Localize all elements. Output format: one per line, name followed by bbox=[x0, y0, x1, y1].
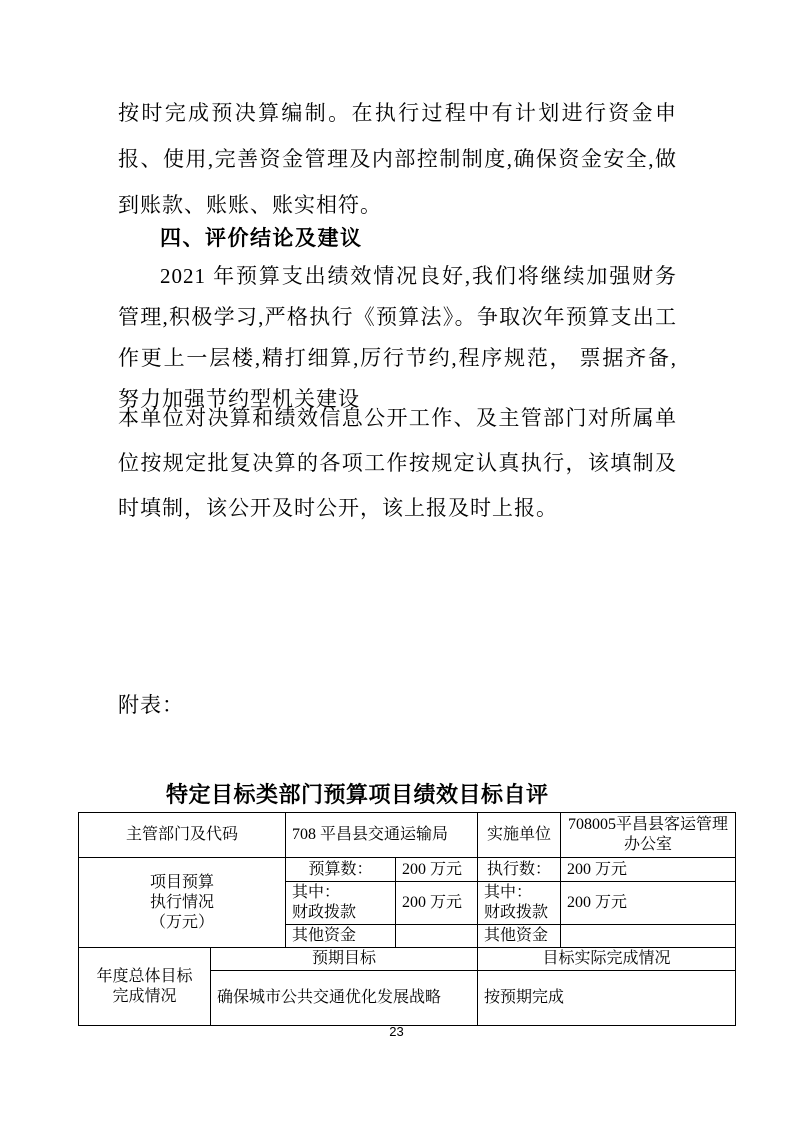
cell-exec-num-value: 200 万元 bbox=[561, 858, 736, 882]
cell-fiscal-alloc-exec-value: 200 万元 bbox=[561, 882, 736, 925]
cell-budget-exec-group-label: 项目预算 执行情况 （万元） bbox=[79, 858, 286, 948]
table-row: 项目预算 执行情况 （万元） 预算数： 200 万元 执行数： 200 万元 bbox=[79, 858, 736, 882]
cell-fiscal-alloc-budget-value: 200 万元 bbox=[396, 882, 478, 925]
cell-other-funds-exec-value bbox=[561, 925, 736, 948]
cell-exec-num-label: 执行数： bbox=[478, 858, 561, 882]
section-heading-conclusion: 四、评价结论及建议 bbox=[118, 222, 677, 256]
cell-dept-code-label: 主管部门及代码 bbox=[79, 813, 286, 858]
cell-impl-unit-value: 708005平昌县客运管理办公室 bbox=[561, 813, 736, 858]
cell-other-funds-budget-value bbox=[396, 925, 478, 948]
cell-impl-unit-label: 实施单位 bbox=[478, 813, 561, 858]
cell-actual-completion-header: 目标实际完成情况 bbox=[478, 948, 736, 971]
cell-other-funds-label-exec: 其他资金 bbox=[478, 925, 561, 948]
cell-dept-code-value: 708 平昌县交通运输局 bbox=[286, 813, 478, 858]
paragraph-fiscal-management: 按时完成预决算编制。在执行过程中有计划进行资金申报、使用,完善资金管理及内部控制… bbox=[118, 90, 677, 228]
cell-budget-num-label: 预算数： bbox=[286, 858, 396, 882]
cell-other-funds-label-budget: 其他资金 bbox=[286, 925, 396, 948]
performance-self-eval-table: 主管部门及代码 708 平昌县交通运输局 实施单位 708005平昌县客运管理办… bbox=[78, 812, 736, 1026]
table-title: 特定目标类部门预算项目绩效目标自评 bbox=[166, 778, 549, 809]
page-number: 23 bbox=[0, 1024, 793, 1039]
table-row: 主管部门及代码 708 平昌县交通运输局 实施单位 708005平昌县客运管理办… bbox=[79, 813, 736, 858]
cell-expected-goal-value: 确保城市公共交通优化发展战略 bbox=[211, 971, 478, 1026]
cell-budget-num-value: 200 万元 bbox=[396, 858, 478, 882]
cell-expected-goal-header: 预期目标 bbox=[211, 948, 478, 971]
cell-annual-goal-group-label: 年度总体目标 完成情况 bbox=[79, 948, 211, 1026]
cell-fiscal-alloc-label-budget: 其中： 财政拨款 bbox=[286, 882, 396, 925]
table-row: 年度总体目标 完成情况 预期目标 目标实际完成情况 bbox=[79, 948, 736, 971]
appendix-label: 附表： bbox=[118, 690, 677, 720]
cell-fiscal-alloc-label-exec: 其中： 财政拨款 bbox=[478, 882, 561, 925]
cell-actual-completion-value: 按预期完成 bbox=[478, 971, 736, 1026]
paragraph-disclosure: 本单位对决算和绩效信息公开工作、及主管部门对所属单位按规定批复决算的各项工作按规… bbox=[118, 396, 677, 531]
document-page: 按时完成预决算编制。在执行过程中有计划进行资金申报、使用,完善资金管理及内部控制… bbox=[0, 0, 793, 1122]
